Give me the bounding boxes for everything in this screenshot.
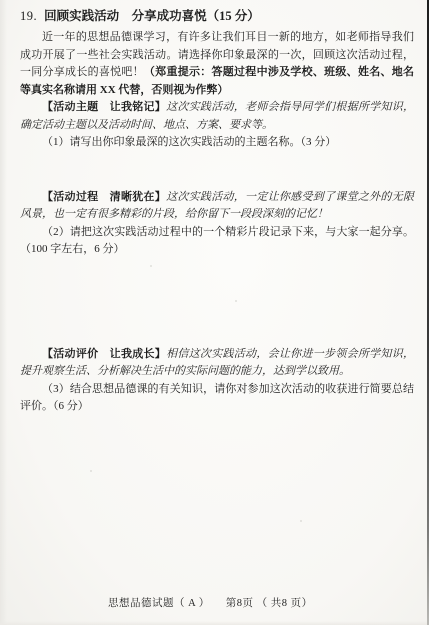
scan-speck xyxy=(235,300,237,302)
question-19-block: 19.回顾实践活动 分享成功喜悦（15 分） 近一年的思想品德课学习，有许多让我… xyxy=(20,7,414,416)
footer-page-info: 第8页 （ 共8 页） xyxy=(226,598,313,609)
section-process-lead: 【活动过程 清晰犹在】这次实践活动，一定让你感受到了课堂之外的无限风景，也一定有… xyxy=(20,189,414,224)
question-title: 回顾实践活动 分享成功喜悦（15 分） xyxy=(44,9,260,23)
section-evaluation-lead: 【活动评价 让我成长】相信这次实践活动，会让你进一步领会所学知识，提升观察生活、… xyxy=(20,346,414,381)
scan-speck xyxy=(90,470,92,472)
scan-speck xyxy=(300,520,302,522)
answer-space-1 xyxy=(20,152,414,189)
answer-space-2 xyxy=(20,259,414,346)
subquestion-3: （3）结合思想品德课的有关知识，请你对参加这次活动的收获进行简要总结评价。（6 … xyxy=(20,381,414,416)
footer-doc-title: 思想品德试题（ A ） xyxy=(108,598,210,609)
question-number: 19. xyxy=(20,9,37,23)
scan-speck xyxy=(320,140,322,142)
question-title-line: 19.回顾实践活动 分享成功喜悦（15 分） xyxy=(20,7,414,26)
scan-speck xyxy=(150,265,152,267)
subquestion-2: （2）请把这次实践活动过程中的一个精彩片段记录下来，与大家一起分享。（100 字… xyxy=(20,224,414,259)
section-theme-header: 【活动主题 让我铭记】 xyxy=(42,101,166,113)
subquestion-1: （1）请写出你印象最深的这次实践活动的主题名称。（3 分） xyxy=(20,134,414,152)
section-theme-lead: 【活动主题 让我铭记】这次实践活动，老师会指导同学们根据所学知识，确定活动主题以… xyxy=(20,99,414,134)
scan-edge-left xyxy=(0,0,7,625)
exam-paper-page: 19.回顾实践活动 分享成功喜悦（15 分） 近一年的思想品德课学习，有许多让我… xyxy=(0,0,429,625)
question-intro-paragraph: 近一年的思想品德课学习，有许多让我们耳目一新的地方，如老师指导我们成功开展了一些… xyxy=(20,29,414,99)
page-footer: 思想品德试题（ A ）第8页 （ 共8 页） xyxy=(108,595,313,610)
section-process-header: 【活动过程 清晰犹在】 xyxy=(42,191,166,203)
section-evaluation-header: 【活动评价 让我成长】 xyxy=(42,348,166,360)
scan-edge-bottom xyxy=(0,621,429,625)
